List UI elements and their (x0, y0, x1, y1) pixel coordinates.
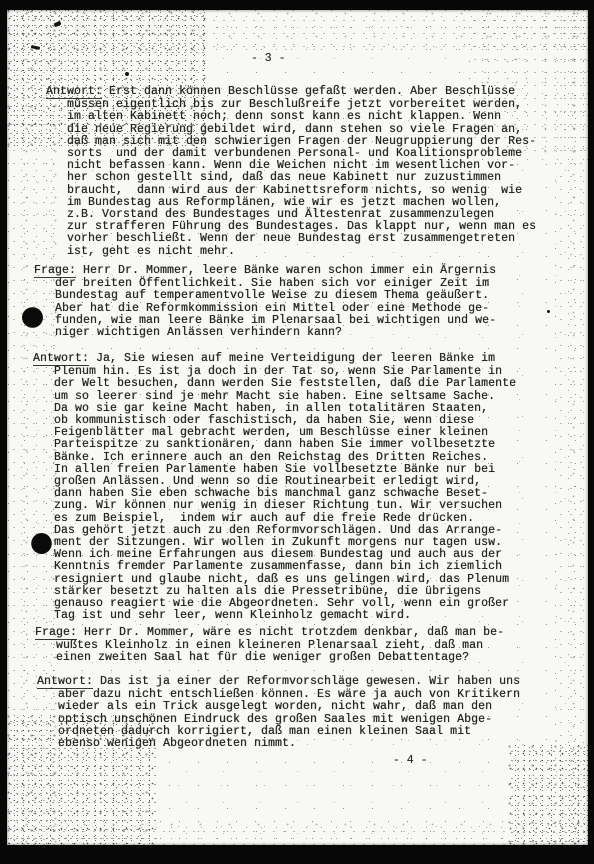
paragraph-lines: Herr Dr. Mommer, wäre es nicht trotzdem … (35, 626, 504, 664)
document-page: - 3 - Antwort: Erst dann können Beschlüs… (7, 10, 588, 845)
scanned-document: - 3 - Antwort: Erst dann können Beschlüs… (0, 0, 594, 864)
paragraph-lines: Herr Dr. Mommer, leere Bänke waren schon… (34, 264, 496, 339)
paragraph-question: Frage: Herr Dr. Mommer, wäre es nicht tr… (35, 627, 504, 665)
paragraph-answer: Antwort: Ja, Sie wiesen auf meine Vertei… (33, 353, 516, 622)
paragraph-question: Frage: Herr Dr. Mommer, leere Bänke ware… (34, 265, 496, 339)
paragraph-answer: Antwort: Erst dann können Beschlüsse gef… (46, 86, 536, 258)
interview-text: Antwort: Erst dann können Beschlüsse gef… (7, 10, 588, 845)
paragraph-lines: Erst dann können Beschlüsse gefaßt werde… (46, 85, 536, 258)
paragraph-answer: Antwort: Das ist ja einer der Reformvors… (37, 676, 520, 750)
page-number-footer: - 4 - (393, 754, 428, 767)
paragraph-lines: Ja, Sie wiesen auf meine Verteidigung de… (33, 352, 516, 622)
paragraph-lines: Das ist ja einer der Reformvorschläge ge… (37, 675, 520, 750)
